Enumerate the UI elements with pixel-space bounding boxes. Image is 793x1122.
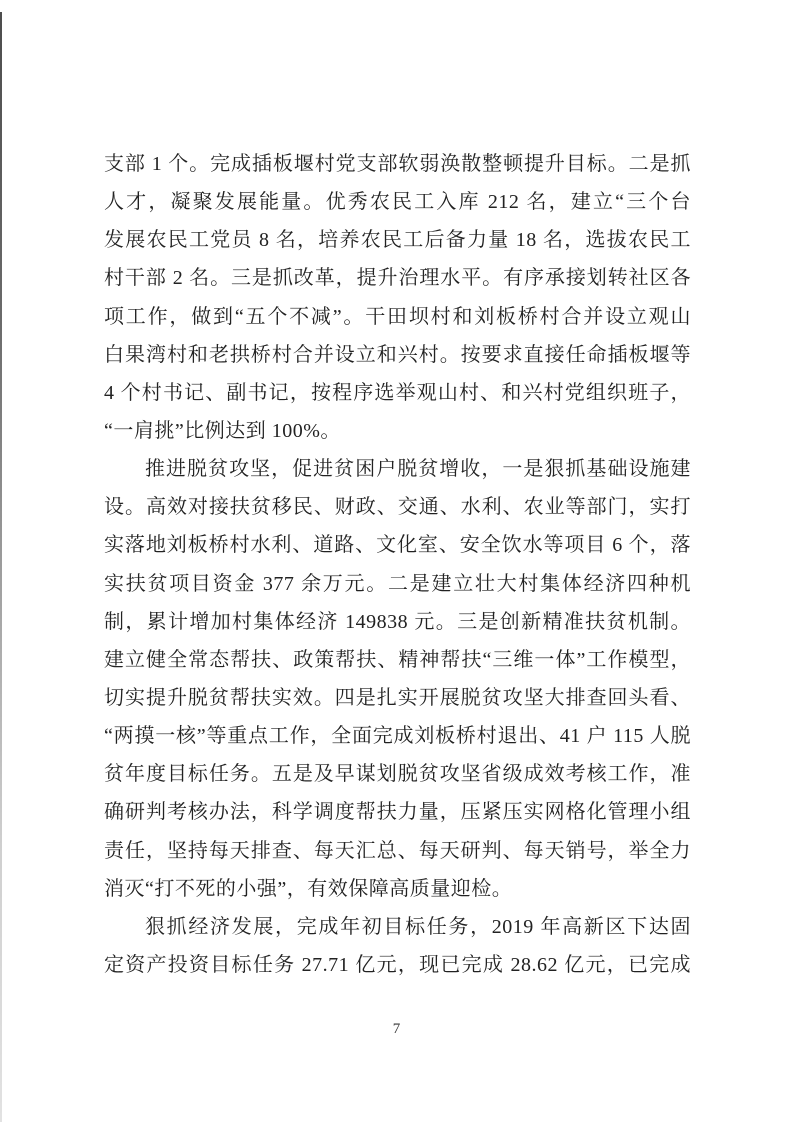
text-line: 建立健全常态帮扶、政策帮扶、精神帮扶“三维一体”工作模型，: [104, 641, 691, 679]
document-page: 支部 1 个。完成插板堰村党支部软弱涣散整顿提升目标。二是抓人才，凝聚发展能量。…: [0, 0, 793, 1122]
text-line: 切实提升脱贫帮扶实效。四是扎实开展脱贫攻坚大排查回头看、: [104, 679, 691, 717]
scan-edge-artifact: [0, 12, 2, 1122]
paragraph: 支部 1 个。完成插板堰村党支部软弱涣散整顿提升目标。二是抓人才，凝聚发展能量。…: [104, 145, 691, 450]
page-number: 7: [0, 1021, 793, 1038]
text-line: 人才，凝聚发展能量。优秀农民工入库 212 名，建立“三个台帐”；: [104, 183, 691, 221]
text-line: 定资产投资目标任务 27.71 亿元，现已完成 28.62 亿元，已完成: [104, 946, 691, 984]
paragraph: 狠抓经济发展，完成年初目标任务，2019 年高新区下达固定资产投资目标任务 27…: [104, 908, 691, 984]
text-line: 实扶贫项目资金 377 余万元。二是建立壮大村集体经济四种机: [104, 565, 691, 603]
text-line: 发展农民工党员 8 名，培养农民工后备力量 18 名，选拔农民工: [104, 221, 691, 259]
text-line: 村干部 2 名。三是抓改革，提升治理水平。有序承接划转社区各: [104, 259, 691, 297]
text-line: 支部 1 个。完成插板堰村党支部软弱涣散整顿提升目标。二是抓: [104, 145, 691, 183]
text-line: “两摸一核”等重点工作，全面完成刘板桥村退出、41 户 115 人脱: [104, 717, 691, 755]
text-line: 狠抓经济发展，完成年初目标任务，2019 年高新区下达固: [104, 908, 691, 946]
text-line: 推进脱贫攻坚，促进贫困户脱贫增收，一是狠抓基础设施建: [104, 450, 691, 488]
text-line: “一肩挑”比例达到 100%。: [104, 412, 691, 450]
paragraph: 推进脱贫攻坚，促进贫困户脱贫增收，一是狠抓基础设施建设。高效对接扶贫移民、财政、…: [104, 450, 691, 908]
text-line: 4 个村书记、副书记，按程序选举观山村、和兴村党组织班子，: [104, 374, 691, 412]
text-line: 制，累计增加村集体经济 149838 元。三是创新精准扶贫机制。: [104, 603, 691, 641]
text-line: 设。高效对接扶贫移民、财政、交通、水利、农业等部门，实打: [104, 488, 691, 526]
document-body: 支部 1 个。完成插板堰村党支部软弱涣散整顿提升目标。二是抓人才，凝聚发展能量。…: [104, 145, 691, 984]
text-line: 贫年度目标任务。五是及早谋划脱贫攻坚省级成效考核工作，准: [104, 755, 691, 793]
text-line: 白果湾村和老拱桥村合并设立和兴村。按要求直接任命插板堰等: [104, 336, 691, 374]
text-line: 实落地刘板桥村水利、道路、文化室、安全饮水等项目 6 个，落: [104, 526, 691, 564]
text-line: 项工作，做到“五个不减”。干田坝村和刘板桥村合并设立观山村，: [104, 298, 691, 336]
text-line: 消灭“打不死的小强”，有效保障高质量迎检。: [104, 870, 691, 908]
text-line: 确研判考核办法，科学调度帮扶力量，压紧压实网格化管理小组: [104, 793, 691, 831]
text-line: 责任，坚持每天排查、每天汇总、每天研判、每天销号，举全力: [104, 832, 691, 870]
